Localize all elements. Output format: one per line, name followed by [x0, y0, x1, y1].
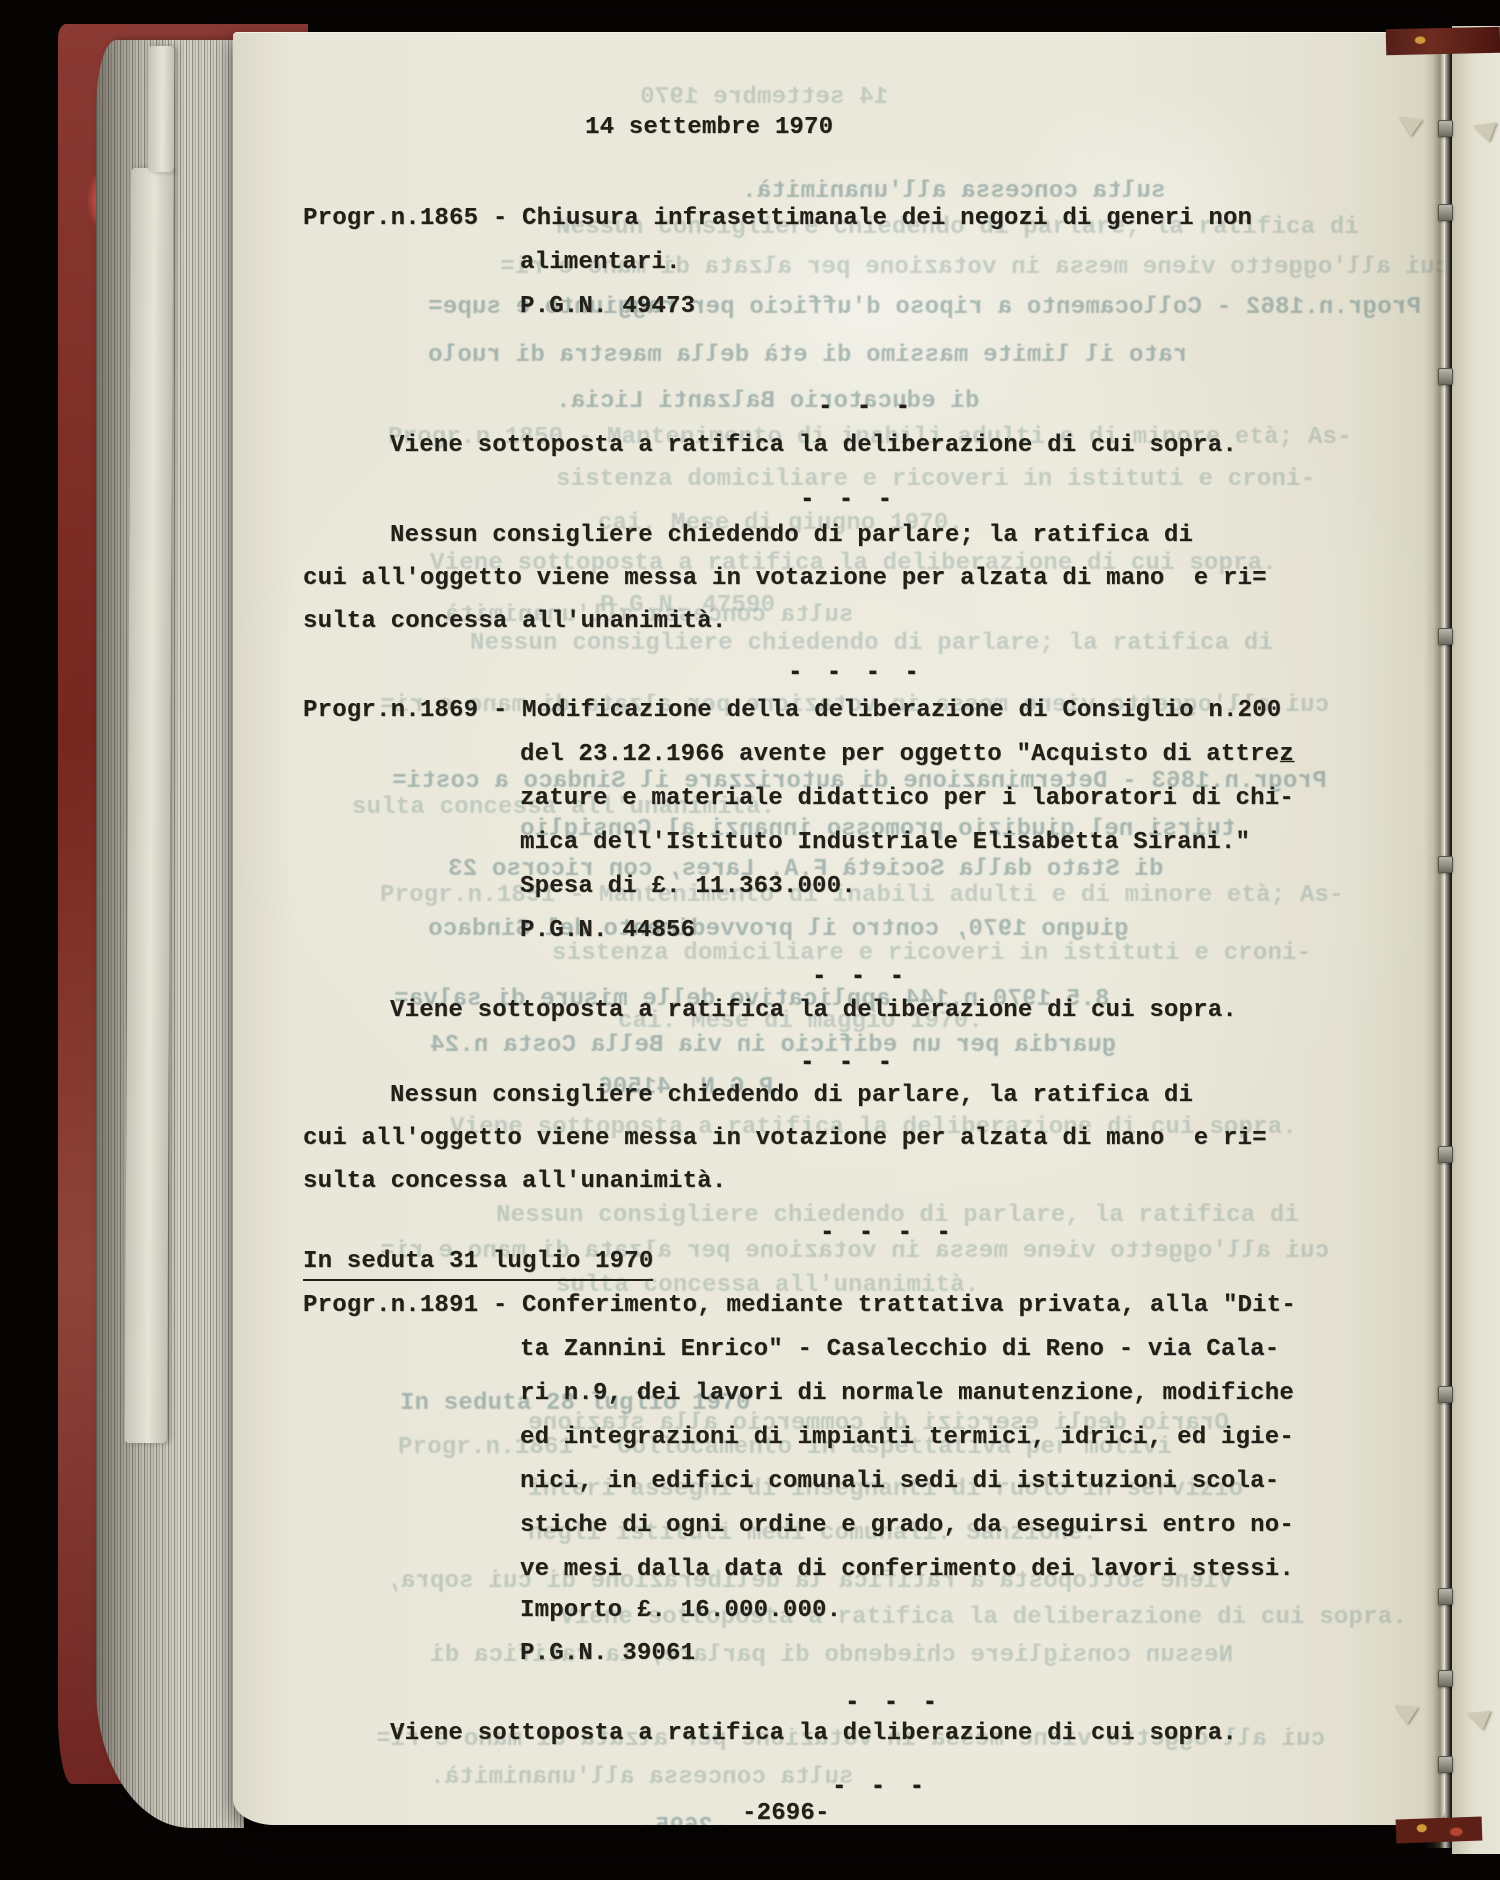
book-photo: 14 settembre 1970sulta concessa all'unan…: [0, 0, 1500, 1880]
paper-flaw: [1467, 1711, 1493, 1731]
separator-dashes: - - -: [845, 1686, 942, 1721]
protruding-page: [125, 168, 174, 1443]
bleedthrough-line: di educatorio Balzanti Licia.: [556, 387, 979, 417]
bleedthrough-line: rato il limite massimo di età della maes…: [428, 341, 1187, 371]
binding-staple: [1438, 1670, 1453, 1687]
session-heading: In seduta 31 luglio 1970: [303, 1247, 653, 1281]
typed-line: sulta concessa all'unanimità.: [303, 607, 726, 637]
separator-dashes: - - -: [818, 390, 915, 425]
next-page-edge: [1452, 26, 1500, 1854]
typed-line: Viene sottoposta a ratifica la deliberaz…: [390, 1719, 1237, 1749]
protruding-page: [148, 46, 175, 172]
date-header: 14 settembre 1970: [585, 113, 833, 143]
page-number: -2696-: [742, 1799, 830, 1825]
binding-staple: [1438, 1588, 1453, 1605]
typed-line: Importo £. 16.000.000.: [520, 1596, 841, 1626]
typed-line: Progr.n.1891 - Conferimento, mediante tr…: [303, 1291, 1296, 1321]
bleedthrough-line: -2695-: [640, 1813, 728, 1825]
typed-line: Viene sottoposta a ratifica la deliberaz…: [390, 431, 1237, 461]
typed-line: mica dell'Istituto Industriale Elisabett…: [520, 828, 1250, 858]
bleedthrough-line: sulta concessa all'unanimità.: [430, 1763, 853, 1793]
typed-line: stiche di ogni ordine e grado, da esegui…: [520, 1511, 1294, 1541]
binding-staple: [1438, 856, 1453, 873]
typed-line: Progr.n.1865 - Chiusura infrasettimanale…: [303, 204, 1252, 234]
cover-edge-top-right: [1386, 27, 1500, 55]
typed-line: cui all'oggetto viene messa in votazione…: [303, 1124, 1267, 1154]
typed-line: Nessun consigliere chiedendo di parlare,…: [390, 1081, 1193, 1111]
bleedthrough-line: sulta concessa all'unanimità.: [742, 177, 1165, 207]
typed-line: alimentari.: [520, 248, 681, 278]
binding-staple: [1438, 628, 1453, 645]
typed-line: nici, in edifici comunali sedi di istitu…: [520, 1467, 1279, 1497]
typed-line: Nessun consigliere chiedendo di parlare;…: [390, 521, 1193, 551]
paper-flaw: [1397, 117, 1423, 137]
separator-dashes: - - -: [800, 1046, 897, 1081]
typed-line: ri n.9, dei lavori di normale manutenzio…: [520, 1379, 1294, 1409]
typed-line: Spesa di £. 11.363.000.: [520, 872, 856, 902]
bleedthrough-line: 14 settembre 1970: [640, 83, 888, 113]
typed-line: ed integrazioni di impianti termici, idr…: [520, 1423, 1294, 1453]
binding-staple: [1438, 1756, 1453, 1773]
separator-dashes: - - - -: [820, 1216, 956, 1251]
typed-line: P.G.N. 44856: [520, 916, 695, 946]
typed-line: cui all'oggetto viene messa in votazione…: [303, 564, 1267, 594]
binding-staple: [1438, 368, 1453, 385]
typed-line: P.G.N. 49473: [520, 292, 695, 322]
binding-staple: [1438, 1146, 1453, 1163]
bleedthrough-line: sistenza domiciliare e ricoveri in istit…: [556, 465, 1315, 495]
bleedthrough-line: guardia per un edificio in via Bella Cos…: [430, 1031, 1116, 1061]
paper-flaw: [1473, 122, 1499, 143]
binding-staple: [1438, 120, 1453, 137]
binding-staple: [1438, 1386, 1453, 1403]
typed-line: ve mesi dalla data di conferimento dei l…: [520, 1555, 1294, 1585]
paper-flaw: [1393, 1705, 1418, 1725]
separator-dashes: - - -: [832, 1770, 929, 1805]
separator-dashes: - - - -: [788, 656, 924, 691]
separator-dashes: - - -: [812, 960, 909, 995]
document-page: 14 settembre 1970sulta concessa all'unan…: [233, 32, 1445, 1825]
cover-edge-bottom-right: [1396, 1817, 1483, 1844]
separator-dashes: - - -: [800, 483, 897, 518]
typed-line: del 23.12.1966 avente per oggetto "Acqui…: [520, 740, 1294, 770]
typed-line: zature e materiale didattico per i labor…: [520, 784, 1294, 814]
typed-line: sulta concessa all'unanimità.: [303, 1167, 726, 1197]
typed-line: ta Zannini Enrico" - Casalecchio di Reno…: [520, 1335, 1279, 1365]
typed-line: P.G.N. 39061: [520, 1639, 695, 1669]
typed-line: Progr.n.1869 - Modificazione della delib…: [303, 696, 1281, 726]
binding-staple: [1438, 204, 1453, 221]
typed-line: Viene sottoposta a ratifica la deliberaz…: [390, 996, 1237, 1026]
